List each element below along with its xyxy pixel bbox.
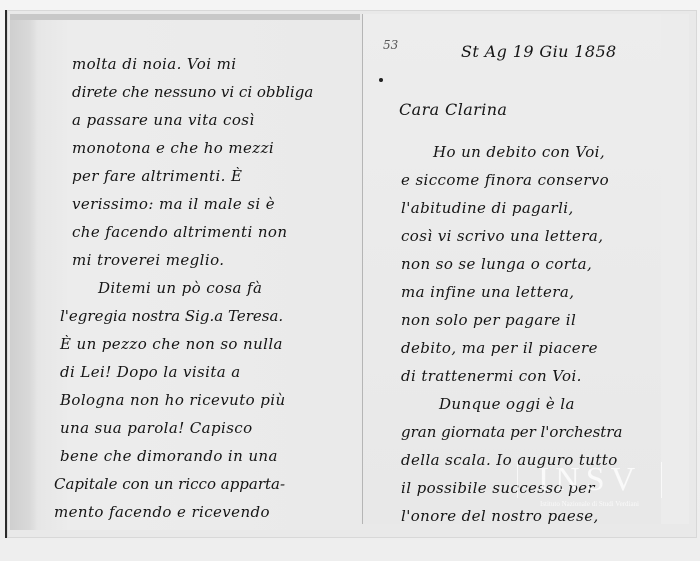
right-line-4: così vi scrivo una lettera, (401, 227, 603, 245)
right-margin-strip (661, 14, 689, 524)
left-line-5: per fare altrimenti. È (72, 167, 242, 185)
photo-frame: molta di noia. Voi mi direte che nessuno… (0, 0, 700, 561)
right-line-12: della scala. Io auguro tutto (401, 451, 618, 469)
left-line-8: mi troverei meglio. (72, 251, 224, 269)
left-line-16: Capitale con un ricco apparta- (54, 475, 285, 493)
right-line-3: l'abitudine di pagarli, (401, 199, 574, 217)
right-line-9: di trattenermi con Voi. (401, 367, 582, 385)
right-line-6: ma infine una lettera, (401, 283, 574, 301)
left-line-12: di Lei! Dopo la visita a (60, 363, 241, 381)
right-line-10: Dunque oggi è la (439, 395, 575, 413)
right-line-13: il possibile successo per (401, 479, 595, 497)
left-line-15: bene che dimorando in una (60, 447, 278, 465)
folio-number: 53 (383, 38, 398, 52)
left-line-14: una sua parola! Capisco (60, 419, 253, 437)
right-page: 53 St Ag 19 Giu 1858 Cara Clarina Ho un … (362, 14, 662, 524)
left-line-10: l'egregia nostra Sig.a Teresa. (60, 307, 283, 325)
dateline: St Ag 19 Giu 1858 (461, 42, 617, 61)
right-line-1: Ho un debito con Voi, (433, 143, 605, 161)
left-line-7: che facendo altrimenti non (72, 223, 287, 241)
left-line-9: Ditemi un pò cosa fà (98, 279, 262, 297)
left-line-13: Bologna non ho ricevuto più (60, 391, 286, 409)
left-line-17: mento facendo e ricevendo (54, 503, 270, 521)
right-line-8: debito, ma per il piacere (401, 339, 598, 357)
right-line-2: e siccome finora conservo (401, 171, 609, 189)
left-line-6: verissimo: ma il male si è (72, 195, 275, 213)
left-page: molta di noia. Voi mi direte che nessuno… (10, 14, 360, 530)
left-line-2: direte che nessuno vi ci obbliga (72, 83, 313, 101)
right-line-14: l'onore del nostro paese, (401, 507, 599, 524)
left-line-1: molta di noia. Voi mi (72, 55, 236, 73)
right-line-11: gran giornata per l'orchestra (401, 423, 622, 441)
salutation: Cara Clarina (399, 100, 507, 119)
ink-dot (379, 78, 383, 82)
right-line-5: non so se lunga o corta, (401, 255, 592, 273)
left-line-11: È un pezzo che non so nulla (60, 335, 283, 353)
right-line-7: non solo per pagare il (401, 311, 576, 329)
left-line-4: monotona e che ho mezzi (72, 139, 274, 157)
left-line-3: a passare una vita così (72, 111, 255, 129)
